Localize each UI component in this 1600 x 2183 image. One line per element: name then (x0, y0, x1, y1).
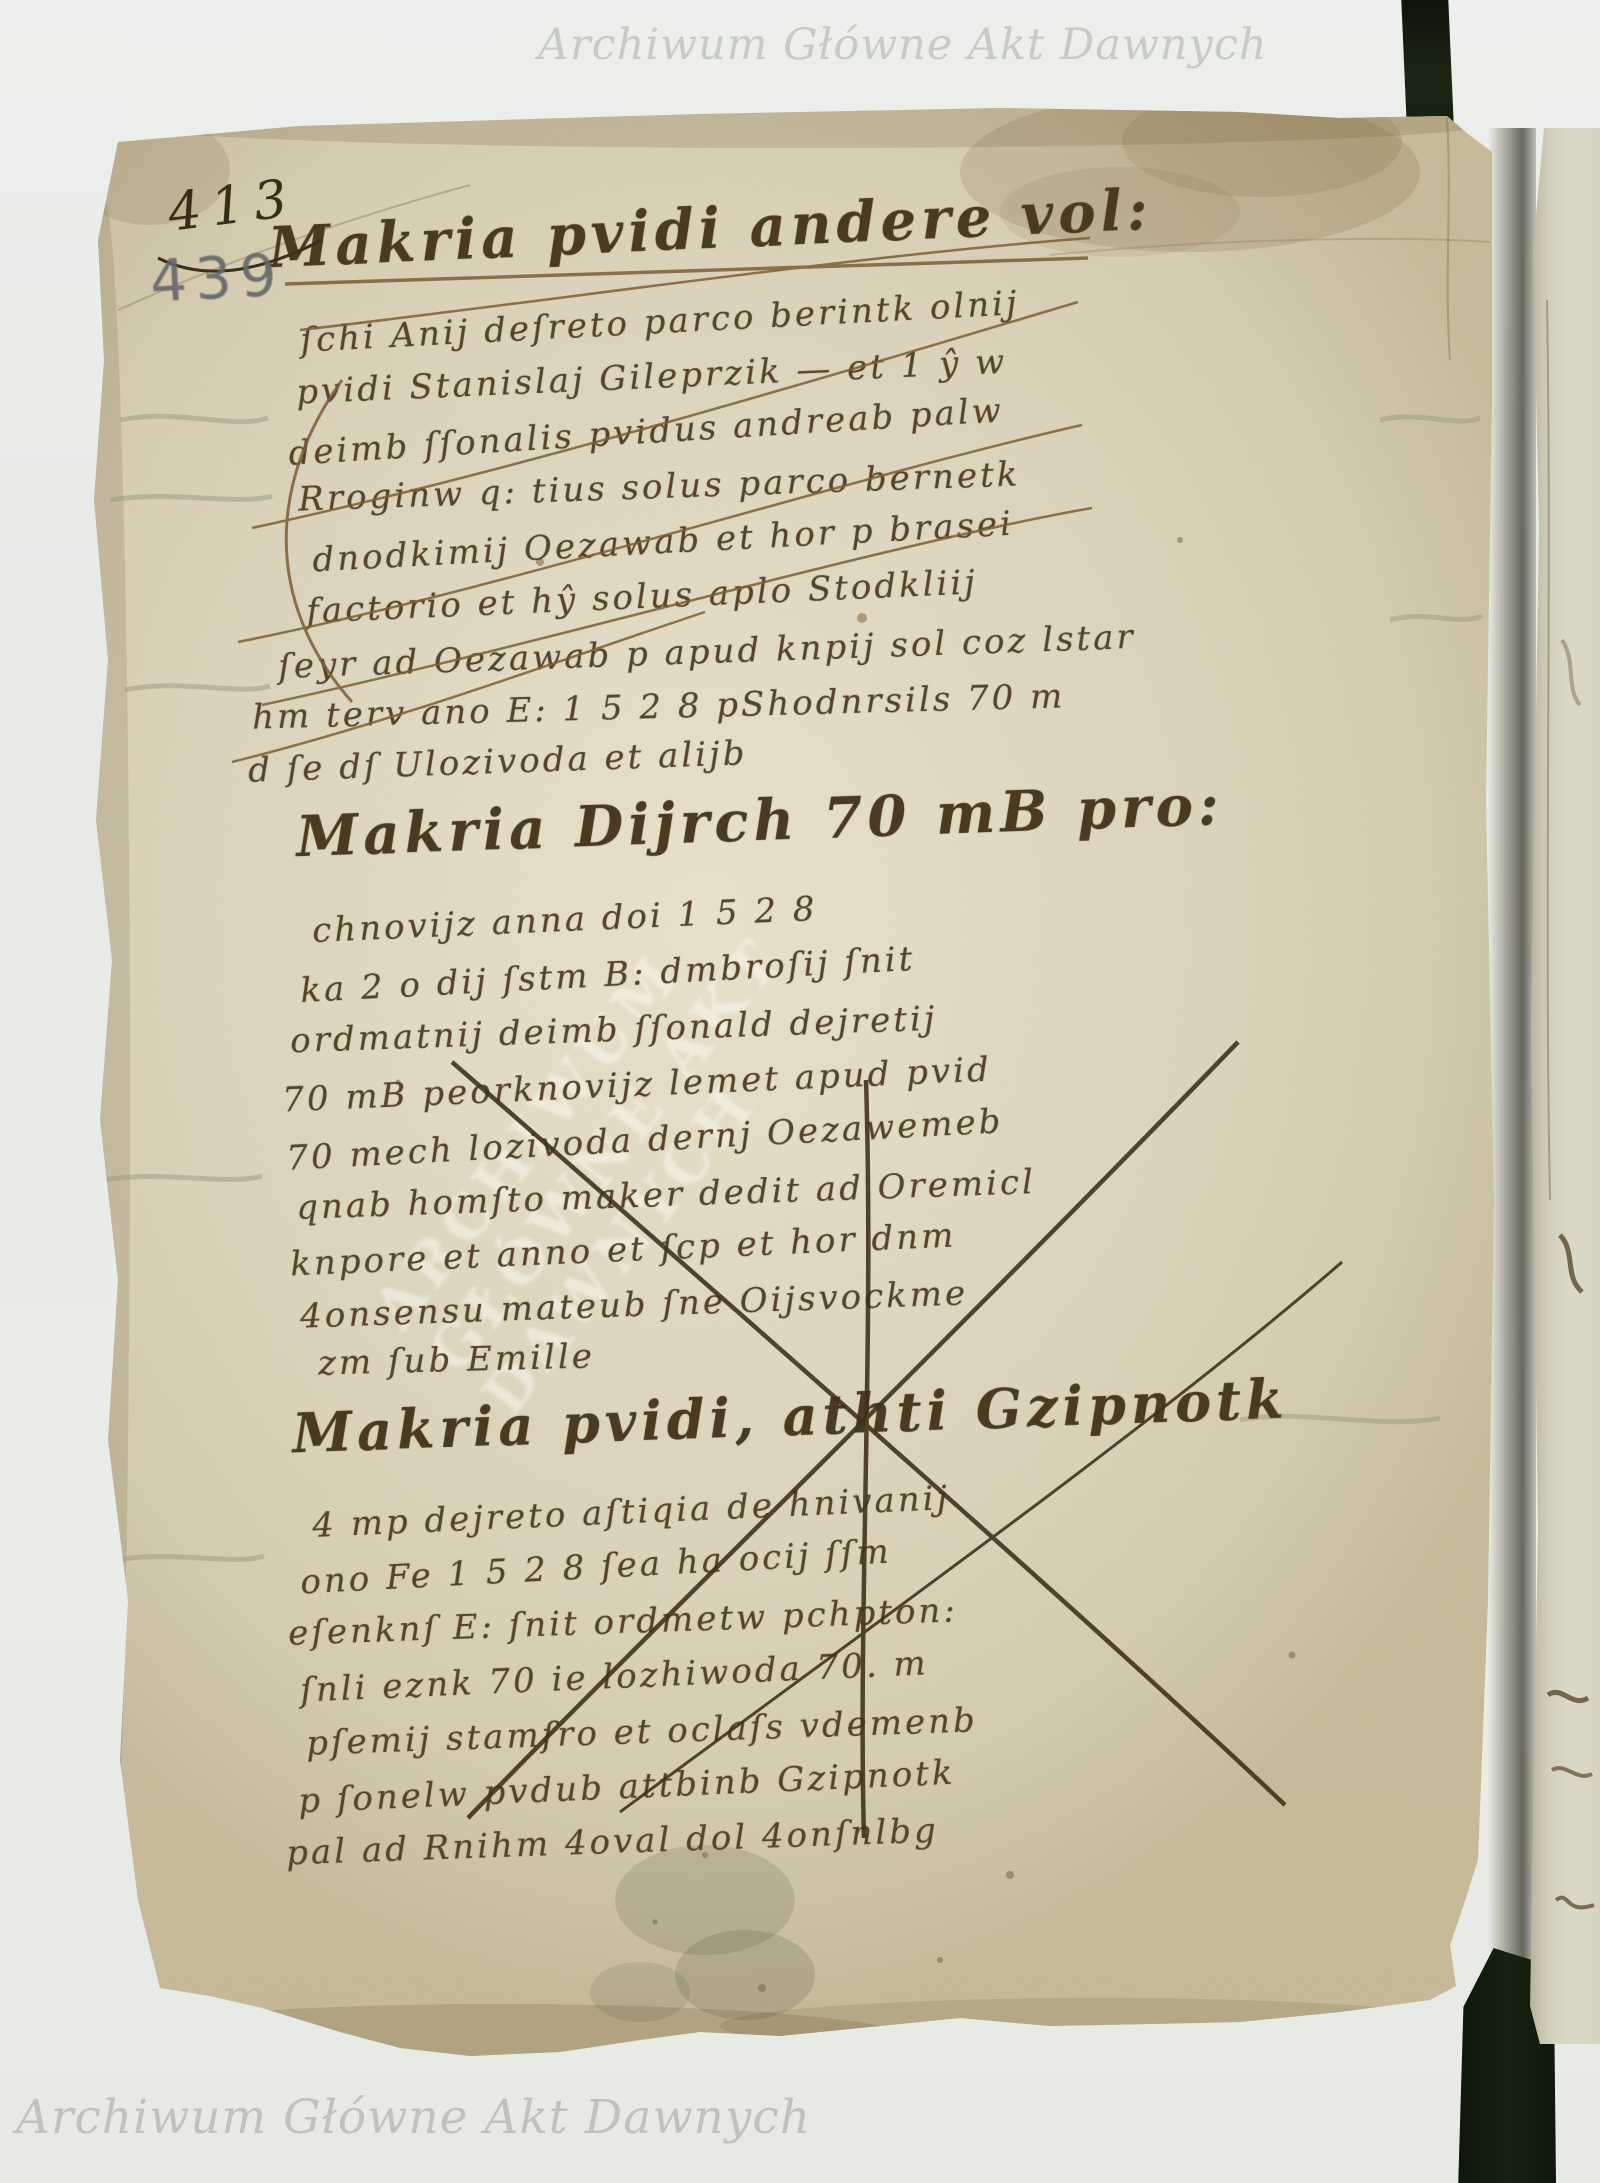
cross-out-strokes (0, 0, 1600, 2183)
folio-number-pencil: 439 (148, 241, 286, 316)
archival-scan: Archiwum Główne Akt Dawnych Archiwum Głó… (0, 0, 1600, 2183)
